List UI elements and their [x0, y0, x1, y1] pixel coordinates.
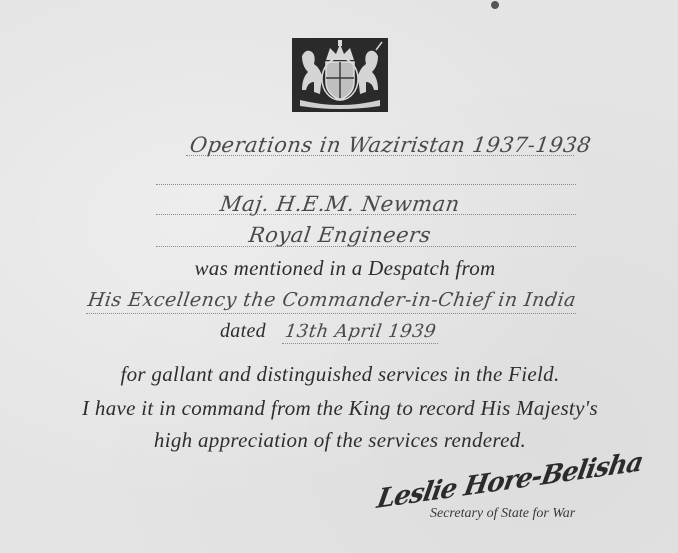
citation-line-3: high appreciation of the services render… [120, 428, 560, 453]
recipient-name: Maj. H.E.M. Newman [168, 192, 511, 216]
dated-line: dated 13th April 1939 [220, 320, 440, 343]
despatch-statement: was mentioned in a Despatch from [150, 256, 540, 281]
dotted-rule [86, 313, 576, 314]
royal-coat-of-arms-icon [292, 38, 388, 112]
dotted-rule [282, 343, 438, 344]
citation-line-2: I have it in command from the King to re… [60, 396, 620, 421]
dotted-rule [156, 214, 576, 215]
signatory-title: Secretary of State for War [430, 506, 575, 522]
dotted-rule [156, 246, 576, 247]
dotted-rule [186, 155, 574, 156]
dated-value: 13th April 1939 [284, 321, 438, 342]
recipient-unit: Royal Engineers [168, 223, 511, 247]
dated-label: dated [220, 320, 266, 342]
ink-spot [491, 1, 499, 9]
despatch-author: His Excellency the Commander-in-Chief in… [80, 289, 583, 311]
citation-line-1: for gallant and distinguished services i… [90, 362, 590, 387]
certificate-paper: Operations in Waziristan 1937-1938 Maj. … [0, 0, 678, 553]
dotted-rule [156, 184, 576, 185]
campaign-title: Operations in Waziristan 1937-1938 [188, 133, 591, 157]
signature: Leslie Hore-Belisha [375, 447, 645, 515]
